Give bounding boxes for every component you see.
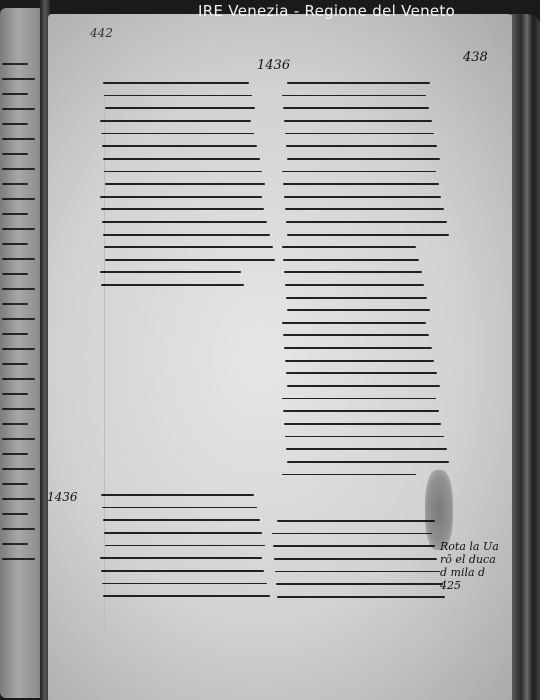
left-page-text-line bbox=[2, 528, 35, 530]
handwritten-line bbox=[282, 398, 436, 400]
handwritten-line bbox=[100, 271, 241, 273]
handwritten-line bbox=[105, 107, 255, 109]
handwritten-line bbox=[287, 82, 430, 84]
handwritten-line bbox=[104, 246, 273, 248]
handwritten-line bbox=[101, 208, 264, 210]
folio-number: 438 bbox=[463, 50, 488, 65]
handwritten-line bbox=[102, 221, 267, 223]
left-page-text-line bbox=[2, 513, 28, 515]
handwritten-line bbox=[276, 583, 443, 585]
left-page-text-line bbox=[2, 183, 28, 185]
handwritten-line bbox=[287, 385, 440, 387]
handwritten-line bbox=[274, 558, 437, 560]
left-page-text-line bbox=[2, 333, 28, 335]
left-page-text-line bbox=[2, 423, 28, 425]
handwritten-line bbox=[100, 196, 262, 198]
left-page-text-line bbox=[2, 483, 28, 485]
left-page-text-line bbox=[2, 393, 28, 395]
left-page-text-line bbox=[2, 213, 28, 215]
handwritten-line bbox=[282, 171, 436, 173]
folio-number-old: 442 bbox=[90, 26, 113, 40]
handwritten-line bbox=[273, 545, 435, 547]
left-page-text-line bbox=[2, 558, 35, 560]
marginal-note: Rota la Ua rō el duca d mila d 425 bbox=[440, 540, 499, 592]
watermark: IRE Venezia - Regione del Veneto bbox=[198, 2, 455, 20]
handwritten-line bbox=[103, 158, 260, 160]
right-column-text-block bbox=[282, 82, 446, 486]
scan-border bbox=[540, 0, 559, 700]
handwritten-line bbox=[286, 448, 447, 450]
year-header: 1436 bbox=[257, 58, 290, 73]
left-page-text-line bbox=[2, 408, 35, 410]
handwritten-line bbox=[103, 234, 270, 236]
handwritten-line bbox=[277, 520, 435, 522]
handwritten-line bbox=[287, 158, 440, 160]
left-page-text-line bbox=[2, 108, 35, 110]
handwritten-line bbox=[104, 532, 262, 534]
handwritten-line bbox=[286, 145, 437, 147]
left-page-text-line bbox=[2, 138, 35, 140]
left-page-text-line bbox=[2, 93, 28, 95]
handwritten-line bbox=[287, 461, 449, 463]
handwritten-line bbox=[272, 533, 432, 535]
left-page-text-line bbox=[2, 378, 35, 380]
handwritten-line bbox=[282, 246, 416, 248]
handwritten-line bbox=[101, 284, 244, 286]
left-page-text-line bbox=[2, 168, 35, 170]
handwritten-line bbox=[283, 183, 439, 185]
left-page-text-line bbox=[2, 348, 35, 350]
left-page-text-line bbox=[2, 78, 35, 80]
left-page-text-line bbox=[2, 303, 28, 305]
handwritten-line bbox=[101, 570, 264, 572]
handwritten-line bbox=[284, 347, 432, 349]
handwritten-line bbox=[283, 259, 419, 261]
handwritten-line bbox=[101, 133, 254, 135]
handwritten-line bbox=[286, 297, 427, 299]
handwritten-line bbox=[104, 95, 252, 97]
handwritten-line bbox=[285, 208, 444, 210]
left-page-text-line bbox=[2, 258, 35, 260]
left-page-text-line bbox=[2, 453, 28, 455]
year-margin-note: 1436 bbox=[47, 490, 78, 504]
left-page-text-line bbox=[2, 198, 35, 200]
handwritten-line bbox=[284, 271, 422, 273]
left-page-text-line bbox=[2, 273, 28, 275]
left-page-text-line bbox=[2, 543, 28, 545]
handwritten-line bbox=[102, 507, 257, 509]
handwritten-line bbox=[105, 545, 265, 547]
left-page-text-line bbox=[2, 228, 35, 230]
handwritten-line bbox=[287, 234, 449, 236]
handwritten-line bbox=[103, 595, 270, 597]
handwritten-line bbox=[284, 196, 441, 198]
handwritten-line bbox=[284, 120, 432, 122]
handwritten-line bbox=[105, 259, 275, 261]
handwritten-line bbox=[284, 423, 441, 425]
handwritten-line bbox=[283, 410, 439, 412]
handwritten-line bbox=[103, 82, 249, 84]
left-page-text-line bbox=[2, 153, 28, 155]
handwritten-line bbox=[103, 519, 260, 521]
handwritten-line bbox=[101, 494, 254, 496]
left-page-text-line bbox=[2, 468, 35, 470]
left-page-text-line bbox=[2, 123, 28, 125]
handwritten-line bbox=[104, 171, 262, 173]
left-page-text-line bbox=[2, 438, 35, 440]
handwritten-line bbox=[283, 334, 429, 336]
left-page-text-line bbox=[2, 318, 35, 320]
handwritten-line bbox=[285, 284, 424, 286]
handwritten-line bbox=[100, 557, 262, 559]
left-page-text-line bbox=[2, 363, 28, 365]
handwritten-line bbox=[286, 372, 437, 374]
left-page-text-line bbox=[2, 243, 28, 245]
handwritten-line bbox=[105, 183, 265, 185]
handwritten-line bbox=[285, 436, 444, 438]
handwritten-line bbox=[282, 322, 426, 324]
left-page-text-line bbox=[2, 63, 28, 65]
left-page-text-line bbox=[2, 288, 35, 290]
handwritten-line bbox=[283, 107, 429, 109]
handwritten-line bbox=[100, 120, 251, 122]
handwritten-line bbox=[282, 95, 426, 97]
handwritten-line bbox=[286, 221, 447, 223]
handwritten-line bbox=[285, 360, 434, 362]
handwritten-line bbox=[285, 133, 434, 135]
page-stack-edge bbox=[512, 14, 542, 700]
handwritten-line bbox=[277, 596, 445, 598]
left-page-text-line bbox=[2, 498, 35, 500]
left-column-second-block bbox=[100, 494, 272, 608]
handwritten-line bbox=[102, 583, 267, 585]
handwritten-line bbox=[282, 474, 416, 476]
left-column-text-block bbox=[100, 82, 272, 297]
handwritten-line bbox=[287, 309, 430, 311]
handwritten-line bbox=[275, 571, 440, 573]
right-column-second-block bbox=[272, 520, 442, 609]
handwritten-line bbox=[102, 145, 257, 147]
